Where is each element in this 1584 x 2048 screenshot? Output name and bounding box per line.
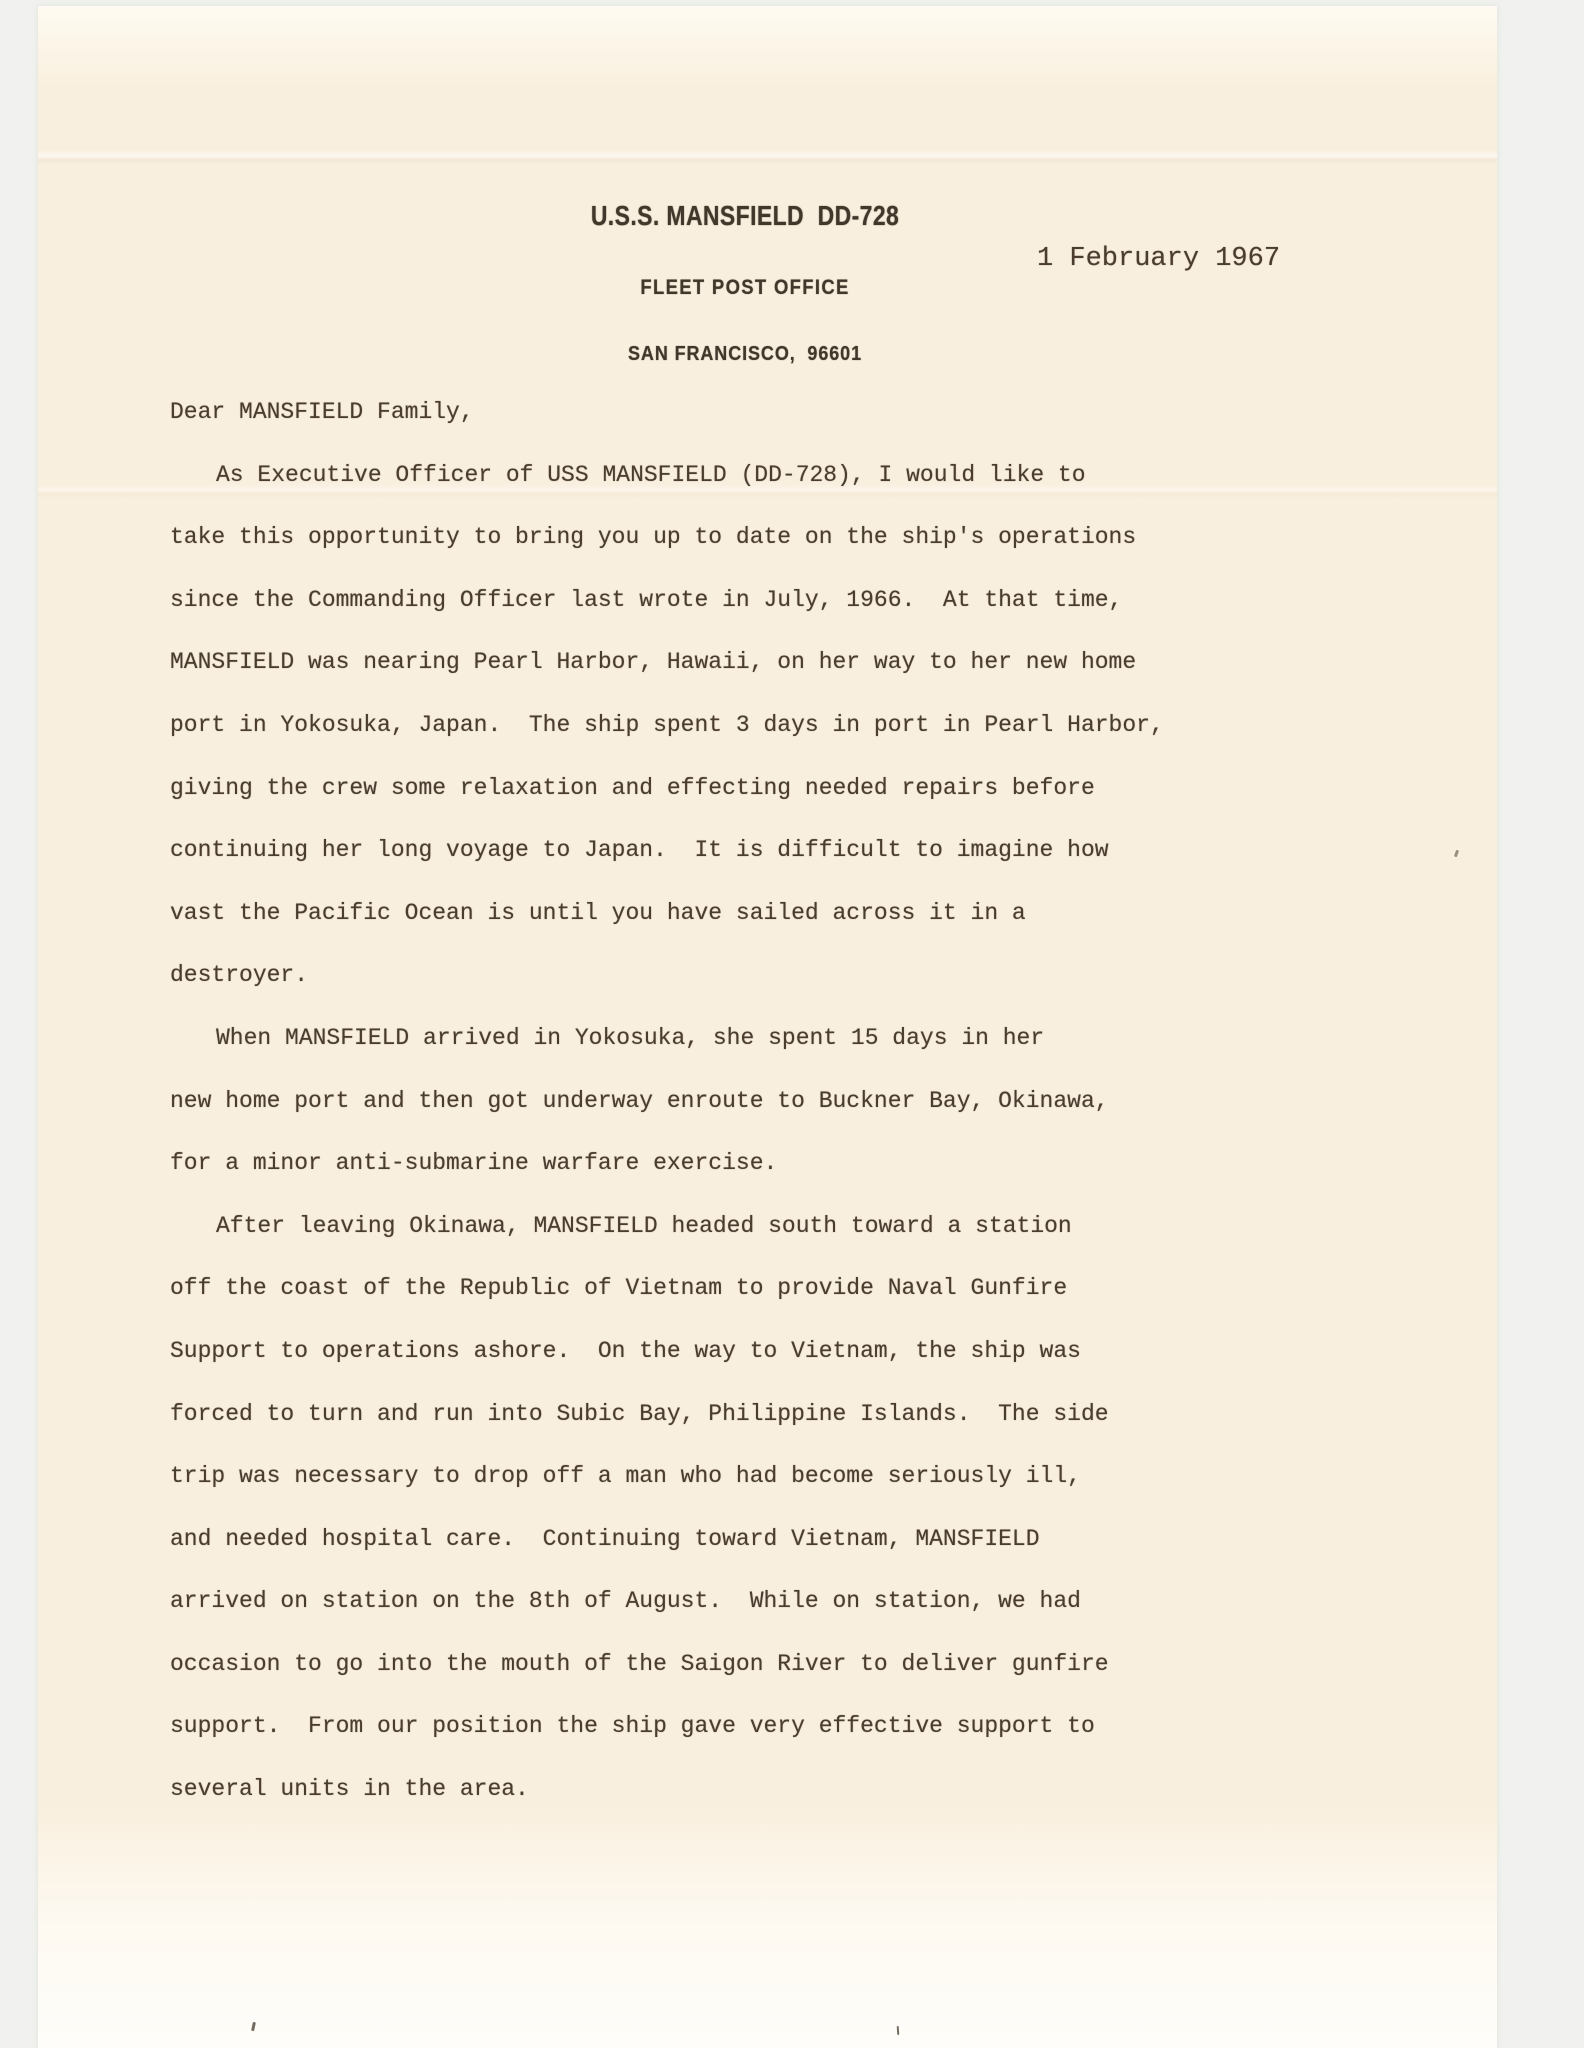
body-line: vast the Pacific Ocean is until you have… [170, 882, 1270, 945]
paragraph: When MANSFIELD arrived in Yokosuka, she … [170, 1007, 1270, 1195]
letterhead-address-line2: SAN FRANCISCO, 96601 [439, 343, 1051, 366]
body-line: forced to turn and run into Subic Bay, P… [170, 1383, 1270, 1446]
body-line: As Executive Officer of USS MANSFIELD (D… [170, 444, 1270, 507]
body-line: support. From our position the ship gave… [170, 1695, 1270, 1758]
body-line: destroyer. [170, 944, 1270, 1007]
letterhead-ship-name: U.S.S. MANSFIELD DD-728 [466, 200, 1024, 232]
body-line: take this opportunity to bring you up to… [170, 506, 1270, 569]
body-line: trip was necessary to drop off a man who… [170, 1445, 1270, 1508]
body-line: continuing her long voyage to Japan. It … [170, 819, 1270, 882]
body-line: and needed hospital care. Continuing tow… [170, 1508, 1270, 1571]
body-line: new home port and then got underway enro… [170, 1070, 1270, 1133]
body-line: for a minor anti-submarine warfare exerc… [170, 1132, 1270, 1195]
body-line: After leaving Okinawa, MANSFIELD headed … [170, 1195, 1270, 1258]
letter-page: U.S.S. MANSFIELD DD-728 FLEET POST OFFIC… [38, 6, 1497, 2048]
body-line: When MANSFIELD arrived in Yokosuka, she … [170, 1007, 1270, 1070]
paragraph: As Executive Officer of USS MANSFIELD (D… [170, 444, 1270, 1007]
scan-speck [1454, 850, 1459, 858]
salutation: Dear MANSFIELD Family, [170, 381, 1270, 444]
letter-date: 1 February 1967 [1037, 244, 1280, 274]
body-line: giving the crew some relaxation and effe… [170, 757, 1270, 820]
paper-crease [38, 150, 1497, 164]
paragraphs-container: As Executive Officer of USS MANSFIELD (D… [170, 444, 1270, 1821]
body-line: port in Yokosuka, Japan. The ship spent … [170, 694, 1270, 757]
paragraph: After leaving Okinawa, MANSFIELD headed … [170, 1195, 1270, 1821]
body-line: occasion to go into the mouth of the Sai… [170, 1633, 1270, 1696]
body-line: Support to operations ashore. On the way… [170, 1320, 1270, 1383]
body-line: arrived on station on the 8th of August.… [170, 1570, 1270, 1633]
scan-background: U.S.S. MANSFIELD DD-728 FLEET POST OFFIC… [0, 0, 1584, 2048]
body-line: since the Commanding Officer last wrote … [170, 569, 1270, 632]
body-line: MANSFIELD was nearing Pearl Harbor, Hawa… [170, 631, 1270, 694]
letterhead: U.S.S. MANSFIELD DD-728 FLEET POST OFFIC… [405, 164, 1085, 402]
letter-body: Dear MANSFIELD Family, As Executive Offi… [170, 381, 1270, 1821]
letterhead-address-line1: FLEET POST OFFICE [446, 276, 1044, 300]
body-line: several units in the area. [170, 1758, 1270, 1821]
body-line: off the coast of the Republic of Vietnam… [170, 1257, 1270, 1320]
